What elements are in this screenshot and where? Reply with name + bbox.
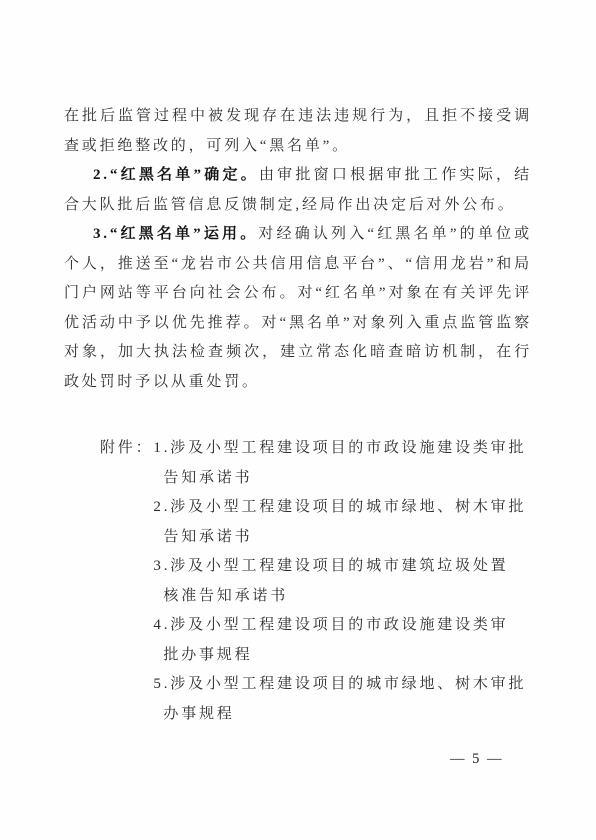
attachment-line: 1.涉及小型工程建设项目的市政设施建设类审批 bbox=[153, 434, 532, 464]
attachment-item-5: 5.涉及小型工程建设项目的城市绿地、树木审批 办事规程 bbox=[153, 670, 532, 729]
attachment-number: 3. bbox=[153, 558, 170, 574]
attachment-item-4: 4.涉及小型工程建设项目的市政设施建设类审 批办事规程 bbox=[153, 611, 532, 670]
attachment-line: 办事规程 bbox=[153, 700, 532, 730]
attachment-line: 批办事规程 bbox=[153, 641, 532, 671]
attachment-line: 5.涉及小型工程建设项目的城市绿地、树木审批 bbox=[153, 670, 532, 700]
attachment-line: 2.涉及小型工程建设项目的城市绿地、树木审批 bbox=[153, 493, 532, 523]
attachment-text: 涉及小型工程建设项目的城市绿地、树木审批 bbox=[170, 676, 526, 692]
attachment-line: 告知承诺书 bbox=[153, 464, 532, 494]
paragraph-item-3: 3.“红黑名单”运用。对经确认列入“红黑名单”的单位或个人，推送至“龙岩市公共信… bbox=[64, 220, 532, 397]
paragraph-text: 在批后监管过程中被发现存在违法违规行为，且拒不接受调查或拒绝整改的，可列入“黑名… bbox=[64, 108, 532, 154]
attachment-text: 涉及小型工程建设项目的市政设施建设类审 bbox=[170, 617, 508, 633]
attachment-text: 涉及小型工程建设项目的市政设施建设类审批 bbox=[170, 440, 526, 456]
attachment-line: 4.涉及小型工程建设项目的市政设施建设类审 bbox=[153, 611, 532, 641]
paragraph-lead-bold: 3.“红黑名单”运用。 bbox=[93, 226, 258, 242]
attachments-label: 附件： bbox=[100, 434, 153, 464]
attachment-number: 5. bbox=[153, 676, 170, 692]
paragraph-continuation: 在批后监管过程中被发现存在违法违规行为，且拒不接受调查或拒绝整改的，可列入“黑名… bbox=[64, 102, 532, 161]
body-text: 在批后监管过程中被发现存在违法违规行为，且拒不接受调查或拒绝整改的，可列入“黑名… bbox=[64, 102, 532, 729]
attachment-text: 涉及小型工程建设项目的城市绿地、树木审批 bbox=[170, 499, 526, 515]
attachments-list: 1.涉及小型工程建设项目的市政设施建设类审批 告知承诺书 2.涉及小型工程建设项… bbox=[153, 434, 532, 729]
paragraph-lead-bold: 2.“红黑名单”确定。 bbox=[93, 167, 259, 183]
attachments-section: 附件： 1.涉及小型工程建设项目的市政设施建设类审批 告知承诺书 2.涉及小型工… bbox=[64, 434, 532, 729]
attachment-number: 4. bbox=[153, 617, 170, 633]
page-number: — 5 — bbox=[450, 751, 504, 768]
attachment-text: 涉及小型工程建设项目的城市建筑垃圾处置 bbox=[170, 558, 508, 574]
attachment-line: 告知承诺书 bbox=[153, 523, 532, 553]
attachment-item-1: 1.涉及小型工程建设项目的市政设施建设类审批 告知承诺书 bbox=[153, 434, 532, 493]
attachment-item-2: 2.涉及小型工程建设项目的城市绿地、树木审批 告知承诺书 bbox=[153, 493, 532, 552]
attachment-line: 核准告知承诺书 bbox=[153, 582, 532, 612]
attachment-line: 3.涉及小型工程建设项目的城市建筑垃圾处置 bbox=[153, 552, 532, 582]
document-page: 在批后监管过程中被发现存在违法违规行为，且拒不接受调查或拒绝整改的，可列入“黑名… bbox=[0, 0, 596, 840]
attachment-number: 2. bbox=[153, 499, 170, 515]
paragraph-item-2: 2.“红黑名单”确定。由审批窗口根据审批工作实际，结合大队批后监管信息反馈制定,… bbox=[64, 161, 532, 220]
paragraph-text: 对经确认列入“红黑名单”的单位或个人，推送至“龙岩市公共信用信息平台”、“信用龙… bbox=[64, 226, 532, 390]
attachment-item-3: 3.涉及小型工程建设项目的城市建筑垃圾处置 核准告知承诺书 bbox=[153, 552, 532, 611]
attachment-number: 1. bbox=[153, 440, 170, 456]
